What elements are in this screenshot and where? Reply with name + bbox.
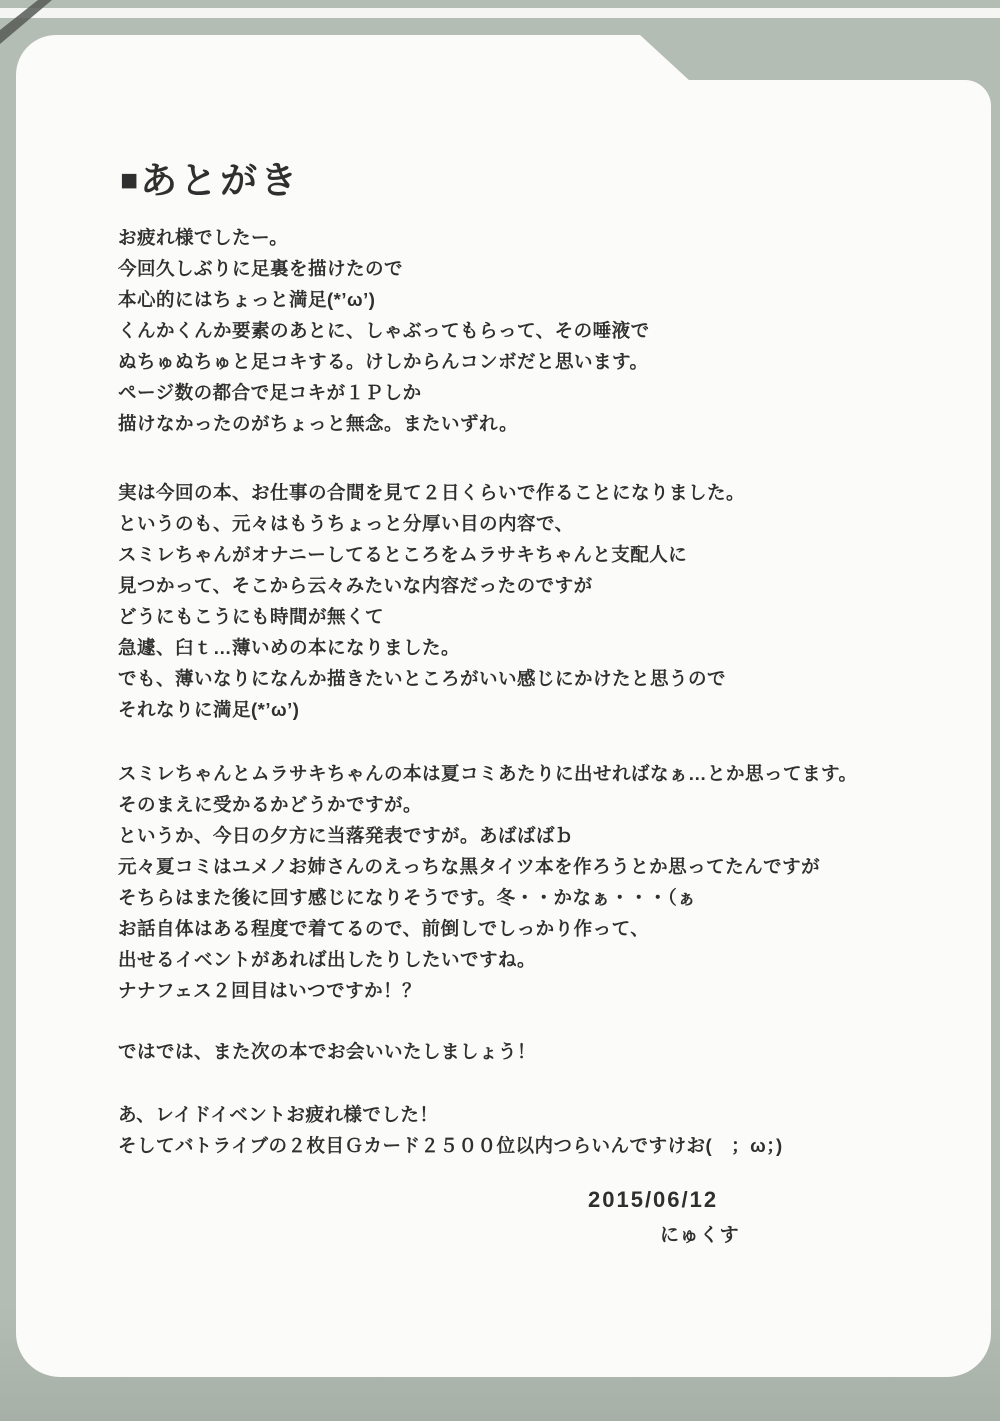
text-line: 本心的にはちょっと満足(*’ω’) (118, 284, 650, 315)
paragraph-opening: お疲れ様でしたー。今回久しぶりに足裏を描けたので本心的にはちょっと満足(*’ω’… (118, 222, 650, 439)
text-line: くんかくんか要素のあとに、しゃぶってもらって、その唾液で (118, 315, 650, 346)
afterword-content: ■あとがき お疲れ様でしたー。今回久しぶりに足裏を描けたので本心的にはちょっと満… (0, 0, 1000, 1421)
text-line: ではでは、また次の本でお会いいたしましょう！ (118, 1036, 536, 1067)
square-marker-icon: ■ (120, 164, 138, 197)
date: 2015/06/12 (588, 1187, 718, 1213)
page-title: ■あとがき (120, 150, 300, 204)
text-line: そのまえに受かるかどうかですが。 (118, 789, 858, 820)
text-line: そしてバトライブの２枚目Ｇカード２５００位以内つらいんですけお( ；ω；) (118, 1130, 783, 1161)
text-line: 急遽、臼ｔ…薄いめの本になりました。 (118, 632, 745, 663)
text-line: ページ数の都合で足コキが１Ｐしか (118, 377, 650, 408)
text-line: ナナフェス２回目はいつですか！？ (118, 975, 858, 1006)
text-line: 見つかって、そこから云々みたいな内容だったのですが (118, 570, 745, 601)
text-line: そちらはまた後に回す感じになりそうです。冬・・かなぁ・・・（ぁ (118, 882, 858, 913)
text-line: ぬちゅぬちゅと足コキする。けしからんコンボだと思います。 (118, 346, 650, 377)
text-line: それなりに満足(*’ω’) (118, 694, 745, 725)
text-line: 実は今回の本、お仕事の合間を見て２日くらいで作ることになりました。 (118, 477, 745, 508)
text-line: スミレちゃんがオナニーしてるところをムラサキちゃんと支配人に (118, 539, 745, 570)
text-line: お話自体はある程度で着てるので、前倒しでしっかり作って、 (118, 913, 858, 944)
text-line: 今回久しぶりに足裏を描けたので (118, 253, 650, 284)
paragraph-future-plans: スミレちゃんとムラサキちゃんの本は夏コミあたりに出せればなぁ…とか思ってます。そ… (118, 758, 858, 1006)
text-line: あ、レイドイベントお疲れ様でした！ (118, 1099, 783, 1130)
text-line: というのも、元々はもうちょっと分厚い目の内容で、 (118, 508, 745, 539)
author-signature: にゅくす (660, 1220, 740, 1247)
page-title-text: あとがき (140, 160, 300, 201)
text-line: 出せるイベントがあれば出したりしたいですね。 (118, 944, 858, 975)
text-line: でも、薄いなりになんか描きたいところがいい感じにかけたと思うので (118, 663, 745, 694)
text-line: 元々夏コミはユメノお姉さんのえっちな黒タイツ本を作ろうとか思ってたんですが (118, 851, 858, 882)
text-line: というか、今日の夕方に当落発表ですが。あばばばｂ (118, 820, 858, 851)
text-line: 描けなかったのがちょっと無念。またいずれ。 (118, 408, 650, 439)
paragraph-postscript: あ、レイドイベントお疲れ様でした！そしてバトライブの２枚目Ｇカード２５００位以内… (118, 1099, 783, 1161)
paragraph-farewell: ではでは、また次の本でお会いいたしましょう！ (118, 1036, 536, 1067)
text-line: どうにもこうにも時間が無くて (118, 601, 745, 632)
paragraph-production-story: 実は今回の本、お仕事の合間を見て２日くらいで作ることになりました。というのも、元… (118, 477, 745, 725)
text-line: お疲れ様でしたー。 (118, 222, 650, 253)
scanned-afterword-page: { "colors":{ "frame":"#b3bdb4", "frame_d… (0, 0, 1000, 1421)
text-line: スミレちゃんとムラサキちゃんの本は夏コミあたりに出せればなぁ…とか思ってます。 (118, 758, 858, 789)
